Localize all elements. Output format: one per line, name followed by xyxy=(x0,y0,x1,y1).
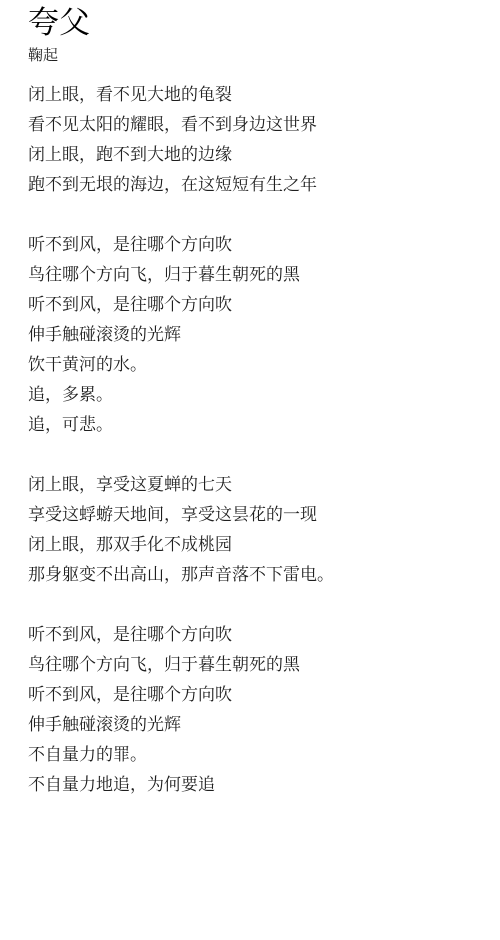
lyric-line: 闭上眼，跑不到大地的边缘 xyxy=(28,140,480,170)
lyric-line: 听不到风，是往哪个方向吹 xyxy=(28,620,480,650)
lyric-line: 不自量力地追，为何要追 xyxy=(28,770,480,800)
lyric-line: 闭上眼，那双手化不成桃园 xyxy=(28,530,480,560)
stanza-3: 闭上眼，享受这夏蝉的七天 享受这蜉蝣天地间，享受这昙花的一现 闭上眼，那双手化不… xyxy=(28,470,480,590)
lyric-line: 听不到风，是往哪个方向吹 xyxy=(28,680,480,710)
lyric-line: 享受这蜉蝣天地间，享受这昙花的一现 xyxy=(28,500,480,530)
artist-name: 鞠起 xyxy=(28,47,480,65)
lyrics-body: 闭上眼，看不见大地的龟裂 看不见太阳的耀眼，看不到身边这世界 闭上眼，跑不到大地… xyxy=(28,80,480,800)
lyrics-page: 夸父 鞠起 闭上眼，看不见大地的龟裂 看不见太阳的耀眼，看不到身边这世界 闭上眼… xyxy=(0,0,500,940)
lyric-line: 追，可悲。 xyxy=(28,410,480,440)
lyric-line: 闭上眼，看不见大地的龟裂 xyxy=(28,80,480,110)
lyric-line: 伸手触碰滚烫的光辉 xyxy=(28,710,480,740)
lyric-line: 鸟往哪个方向飞，归于暮生朝死的黑 xyxy=(28,650,480,680)
stanza-1: 闭上眼，看不见大地的龟裂 看不见太阳的耀眼，看不到身边这世界 闭上眼，跑不到大地… xyxy=(28,80,480,200)
stanza-4: 听不到风，是往哪个方向吹 鸟往哪个方向飞，归于暮生朝死的黑 听不到风，是往哪个方… xyxy=(28,620,480,800)
lyric-line: 那身躯变不出高山，那声音落不下雷电。 xyxy=(28,560,480,590)
lyric-line: 伸手触碰滚烫的光辉 xyxy=(28,320,480,350)
lyric-line: 饮干黄河的水。 xyxy=(28,350,480,380)
lyric-line: 闭上眼，享受这夏蝉的七天 xyxy=(28,470,480,500)
stanza-2: 听不到风，是往哪个方向吹 鸟往哪个方向飞，归于暮生朝死的黑 听不到风，是往哪个方… xyxy=(28,230,480,440)
lyric-line: 看不见太阳的耀眼，看不到身边这世界 xyxy=(28,110,480,140)
song-title: 夸父 xyxy=(28,6,480,40)
lyric-line: 不自量力的罪。 xyxy=(28,740,480,770)
lyric-line: 听不到风，是往哪个方向吹 xyxy=(28,290,480,320)
lyric-line: 追，多累。 xyxy=(28,380,480,410)
lyric-line: 听不到风，是往哪个方向吹 xyxy=(28,230,480,260)
lyric-line: 鸟往哪个方向飞，归于暮生朝死的黑 xyxy=(28,260,480,290)
lyric-line: 跑不到无垠的海边，在这短短有生之年 xyxy=(28,170,480,200)
